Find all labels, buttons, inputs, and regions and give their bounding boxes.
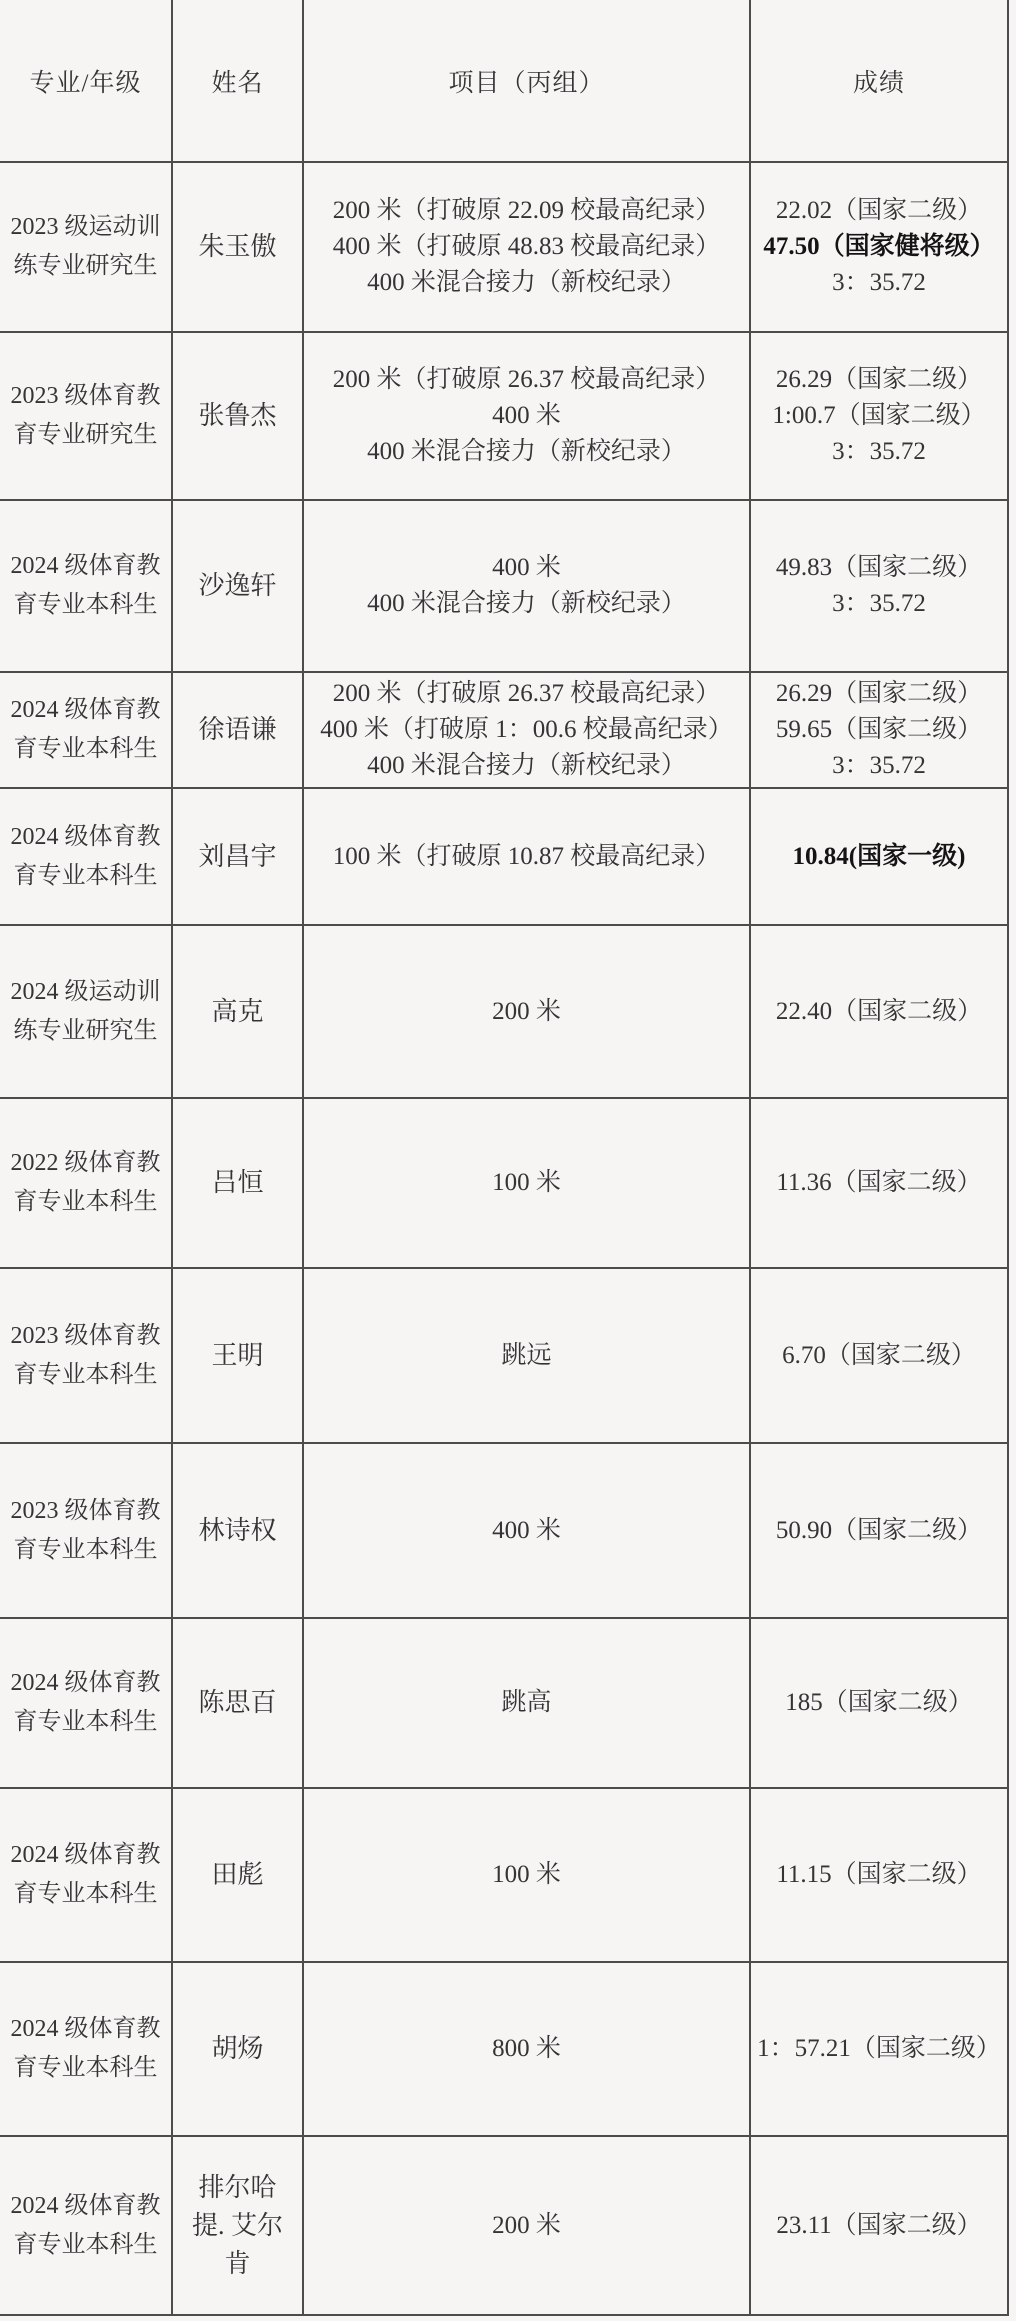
- header-major: 专业/年级: [0, 0, 172, 162]
- major-line: 育专业本科生: [4, 1531, 167, 1570]
- result-line: 59.65（国家二级）: [755, 712, 1003, 748]
- major-line: 育专业本科生: [4, 857, 167, 896]
- events-cell: 800 米: [303, 1962, 750, 2136]
- major-line: 2024 级体育教: [4, 2187, 167, 2226]
- major-line: 育专业本科生: [4, 1875, 167, 1914]
- major-cell: 2024 级体育教育专业本科生: [0, 788, 172, 925]
- result-line: 10.84(国家一级): [755, 839, 1003, 875]
- name-line: 朱玉傲: [177, 228, 298, 266]
- events-cell: 100 米: [303, 1098, 750, 1268]
- header-result: 成绩: [750, 0, 1008, 162]
- event-line: 400 米混合接力（新校纪录）: [308, 434, 745, 470]
- name-line: 提. 艾尔: [177, 2207, 298, 2245]
- event-line: 800 米: [308, 2031, 745, 2067]
- events-cell: 200 米（打破原 22.09 校最高纪录）400 米（打破原 48.83 校最…: [303, 162, 750, 332]
- result-line: 3：35.72: [755, 586, 1003, 622]
- major-cell: 2023 级体育教育专业本科生: [0, 1268, 172, 1443]
- major-line: 2024 级体育教: [4, 691, 167, 730]
- result-line: 3：35.72: [755, 748, 1003, 784]
- name-cell: 吕恒: [172, 1098, 303, 1268]
- name-line: 排尔哈: [177, 2169, 298, 2207]
- major-cell: 2023 级运动训练专业研究生: [0, 162, 172, 332]
- name-cell: 张鲁杰: [172, 332, 303, 500]
- result-line: 47.50（国家健将级）: [755, 229, 1003, 265]
- major-cell: 2024 级体育教育专业本科生: [0, 500, 172, 672]
- result-line: 1:00.7（国家二级）: [755, 398, 1003, 434]
- major-line: 育专业研究生: [4, 416, 167, 455]
- event-line: 跳远: [308, 1338, 745, 1374]
- major-cell: 2024 级体育教育专业本科生: [0, 672, 172, 788]
- table-row: 2024 级体育教育专业本科生 沙逸轩 400 米400 米混合接力（新校纪录）…: [0, 500, 1008, 672]
- major-line: 育专业本科生: [4, 1183, 167, 1222]
- result-line: 11.36（国家二级）: [755, 1165, 1003, 1201]
- table-row: 2023 级体育教育专业研究生 张鲁杰 200 米（打破原 26.37 校最高纪…: [0, 332, 1008, 500]
- results-cell: 49.83（国家二级）3：35.72: [750, 500, 1008, 672]
- major-cell: 2024 级体育教育专业本科生: [0, 1962, 172, 2136]
- event-line: 100 米: [308, 1165, 745, 1201]
- major-line: 育专业本科生: [4, 1703, 167, 1742]
- major-line: 育专业本科生: [4, 730, 167, 769]
- header-event-group: 项目（丙组）: [303, 0, 750, 162]
- events-cell: 400 米400 米混合接力（新校纪录）: [303, 500, 750, 672]
- major-cell: 2024 级运动训练专业研究生: [0, 925, 172, 1098]
- results-cell: 23.11（国家二级）: [750, 2136, 1008, 2315]
- result-line: 1：57.21（国家二级）: [755, 2031, 1003, 2067]
- results-cell: 22.02（国家二级）47.50（国家健将级）3：35.72: [750, 162, 1008, 332]
- event-line: 400 米: [308, 1513, 745, 1549]
- name-line: 肯: [177, 2245, 298, 2283]
- event-line: 200 米（打破原 26.37 校最高纪录）: [308, 676, 745, 712]
- event-line: 400 米混合接力（新校纪录）: [308, 265, 745, 301]
- header-name: 姓名: [172, 0, 303, 162]
- major-line: 育专业本科生: [4, 2226, 167, 2265]
- major-line: 2023 级体育教: [4, 377, 167, 416]
- name-cell: 沙逸轩: [172, 500, 303, 672]
- name-cell: 高克: [172, 925, 303, 1098]
- table-row: 2024 级体育教育专业本科生 刘昌宇 100 米（打破原 10.87 校最高纪…: [0, 788, 1008, 925]
- event-line: 400 米: [308, 398, 745, 434]
- results-table: 专业/年级 姓名 项目（丙组） 成绩 2023 级运动训练专业研究生 朱玉傲 2…: [0, 0, 1009, 2316]
- events-cell: 100 米（打破原 10.87 校最高纪录）: [303, 788, 750, 925]
- results-cell: 11.36（国家二级）: [750, 1098, 1008, 1268]
- table-row: 2024 级体育教育专业本科生 陈思百 跳高 185（国家二级）: [0, 1618, 1008, 1788]
- major-line: 2024 级体育教: [4, 1664, 167, 1703]
- name-cell: 朱玉傲: [172, 162, 303, 332]
- table-row: 2023 级运动训练专业研究生 朱玉傲 200 米（打破原 22.09 校最高纪…: [0, 162, 1008, 332]
- table-row: 2024 级体育教育专业本科生 胡炀 800 米 1：57.21（国家二级）: [0, 1962, 1008, 2136]
- major-line: 育专业本科生: [4, 1356, 167, 1395]
- events-cell: 200 米（打破原 26.37 校最高纪录）400 米400 米混合接力（新校纪…: [303, 332, 750, 500]
- events-cell: 200 米: [303, 925, 750, 1098]
- results-cell: 11.15（国家二级）: [750, 1788, 1008, 1962]
- results-cell: 1：57.21（国家二级）: [750, 1962, 1008, 2136]
- result-line: 23.11（国家二级）: [755, 2208, 1003, 2244]
- events-cell: 200 米: [303, 2136, 750, 2315]
- major-cell: 2024 级体育教育专业本科生: [0, 2136, 172, 2315]
- table-row: 2023 级体育教育专业本科生 王明 跳远 6.70（国家二级）: [0, 1268, 1008, 1443]
- events-cell: 跳高: [303, 1618, 750, 1788]
- results-cell: 6.70（国家二级）: [750, 1268, 1008, 1443]
- name-cell: 徐语谦: [172, 672, 303, 788]
- event-line: 200 米（打破原 22.09 校最高纪录）: [308, 193, 745, 229]
- name-line: 吕恒: [177, 1164, 298, 1202]
- name-line: 陈思百: [177, 1684, 298, 1722]
- table-row: 2024 级体育教育专业本科生 徐语谦 200 米（打破原 26.37 校最高纪…: [0, 672, 1008, 788]
- name-line: 田彪: [177, 1856, 298, 1894]
- name-line: 胡炀: [177, 2030, 298, 2068]
- events-cell: 跳远: [303, 1268, 750, 1443]
- name-line: 林诗权: [177, 1512, 298, 1550]
- result-line: 26.29（国家二级）: [755, 676, 1003, 712]
- table-row: 2024 级运动训练专业研究生 高克 200 米 22.40（国家二级）: [0, 925, 1008, 1098]
- event-line: 400 米: [308, 550, 745, 586]
- major-line: 2024 级运动训: [4, 973, 167, 1012]
- major-line: 2024 级体育教: [4, 1836, 167, 1875]
- result-line: 6.70（国家二级）: [755, 1338, 1003, 1374]
- table-row: 2024 级体育教育专业本科生 田彪 100 米 11.15（国家二级）: [0, 1788, 1008, 1962]
- results-cell: 22.40（国家二级）: [750, 925, 1008, 1098]
- major-line: 练专业研究生: [4, 247, 167, 286]
- event-line: 100 米: [308, 1857, 745, 1893]
- name-cell: 胡炀: [172, 1962, 303, 2136]
- event-line: 400 米（打破原 48.83 校最高纪录）: [308, 229, 745, 265]
- major-cell: 2024 级体育教育专业本科生: [0, 1618, 172, 1788]
- major-line: 2024 级体育教: [4, 547, 167, 586]
- name-line: 张鲁杰: [177, 397, 298, 435]
- event-line: 跳高: [308, 1685, 745, 1721]
- table-row: 2022 级体育教育专业本科生 吕恒 100 米 11.36（国家二级）: [0, 1098, 1008, 1268]
- event-line: 200 米（打破原 26.37 校最高纪录）: [308, 362, 745, 398]
- name-line: 徐语谦: [177, 711, 298, 749]
- major-line: 2023 级体育教: [4, 1317, 167, 1356]
- event-line: 200 米: [308, 2208, 745, 2244]
- name-cell: 刘昌宇: [172, 788, 303, 925]
- major-line: 练专业研究生: [4, 1012, 167, 1051]
- major-line: 育专业本科生: [4, 586, 167, 625]
- events-cell: 100 米: [303, 1788, 750, 1962]
- events-cell: 400 米: [303, 1443, 750, 1618]
- table-row: 2023 级体育教育专业本科生 林诗权 400 米 50.90（国家二级）: [0, 1443, 1008, 1618]
- major-cell: 2023 级体育教育专业本科生: [0, 1443, 172, 1618]
- results-cell: 26.29（国家二级）59.65（国家二级）3：35.72: [750, 672, 1008, 788]
- results-cell: 185（国家二级）: [750, 1618, 1008, 1788]
- name-line: 沙逸轩: [177, 567, 298, 605]
- result-line: 3：35.72: [755, 265, 1003, 301]
- event-line: 400 米（打破原 1：00.6 校最高纪录）: [308, 712, 745, 748]
- major-line: 2023 级体育教: [4, 1492, 167, 1531]
- major-cell: 2023 级体育教育专业研究生: [0, 332, 172, 500]
- name-line: 王明: [177, 1337, 298, 1375]
- name-cell: 王明: [172, 1268, 303, 1443]
- events-cell: 200 米（打破原 26.37 校最高纪录）400 米（打破原 1：00.6 校…: [303, 672, 750, 788]
- result-line: 49.83（国家二级）: [755, 550, 1003, 586]
- name-cell: 陈思百: [172, 1618, 303, 1788]
- results-cell: 50.90（国家二级）: [750, 1443, 1008, 1618]
- event-line: 400 米混合接力（新校纪录）: [308, 748, 745, 784]
- name-cell: 林诗权: [172, 1443, 303, 1618]
- major-line: 育专业本科生: [4, 2049, 167, 2088]
- result-line: 26.29（国家二级）: [755, 362, 1003, 398]
- name-line: 高克: [177, 993, 298, 1031]
- major-line: 2024 级体育教: [4, 818, 167, 857]
- event-line: 200 米: [308, 994, 745, 1030]
- result-line: 185（国家二级）: [755, 1685, 1003, 1721]
- name-cell: 田彪: [172, 1788, 303, 1962]
- major-line: 2024 级体育教: [4, 2010, 167, 2049]
- table-row: 2024 级体育教育专业本科生 排尔哈提. 艾尔肯 200 米 23.11（国家…: [0, 2136, 1008, 2315]
- result-line: 11.15（国家二级）: [755, 1857, 1003, 1893]
- result-line: 3：35.72: [755, 434, 1003, 470]
- event-line: 100 米（打破原 10.87 校最高纪录）: [308, 839, 745, 875]
- major-cell: 2024 级体育教育专业本科生: [0, 1788, 172, 1962]
- name-line: 刘昌宇: [177, 838, 298, 876]
- event-line: 400 米混合接力（新校纪录）: [308, 586, 745, 622]
- major-line: 2022 级体育教: [4, 1144, 167, 1183]
- major-line: 2023 级运动训: [4, 208, 167, 247]
- name-cell: 排尔哈提. 艾尔肯: [172, 2136, 303, 2315]
- results-cell: 26.29（国家二级）1:00.7（国家二级）3：35.72: [750, 332, 1008, 500]
- result-line: 22.40（国家二级）: [755, 994, 1003, 1030]
- header-row: 专业/年级 姓名 项目（丙组） 成绩: [0, 0, 1008, 162]
- result-line: 22.02（国家二级）: [755, 193, 1003, 229]
- document-page: 专业/年级 姓名 项目（丙组） 成绩 2023 级运动训练专业研究生 朱玉傲 2…: [0, 0, 1016, 2321]
- results-cell: 10.84(国家一级): [750, 788, 1008, 925]
- result-line: 50.90（国家二级）: [755, 1513, 1003, 1549]
- major-cell: 2022 级体育教育专业本科生: [0, 1098, 172, 1268]
